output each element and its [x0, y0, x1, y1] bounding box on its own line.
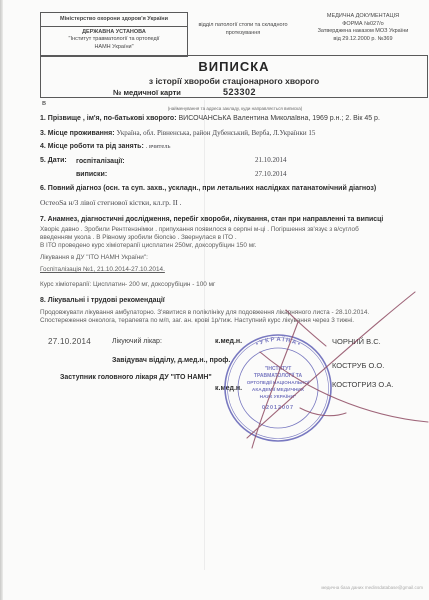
discharge-label: виписки: [76, 171, 107, 178]
title-box: ВИПИСКА з історії хвороби стаціонарного … [40, 55, 428, 98]
admission-label: госпіталізації: [76, 158, 125, 165]
institution-line3: НАМН України" [41, 44, 187, 52]
footer-note: медична база даних medinsdatabase@gmail.… [321, 585, 423, 590]
document-title: ВИПИСКА [41, 56, 427, 74]
doc-form-line1: МЕДИЧНА ДОКУМЕНТАЦІЯ [299, 13, 427, 21]
department-line1: відділ патології стопи та складного [190, 22, 296, 30]
doc-form-block: МЕДИЧНА ДОКУМЕНТАЦІЯ ФОРМА №027/о Затвер… [299, 13, 427, 43]
work-value: . вчитель [146, 143, 171, 150]
anamnesis-line1: Хворіє давно . Зробили Рентгензнімки . п… [40, 226, 359, 233]
field-patient-name: 1. Прізвище , ім'я, по-батькові хворого:… [40, 115, 380, 122]
diagnosis-label: 6. Повний діагноз (осн. та суп. захв., у… [40, 185, 376, 192]
addressee-prefix: в [42, 98, 46, 107]
admission-date: 21.10.2014 [255, 156, 287, 164]
signature-stroke [252, 322, 298, 448]
anamnesis-label: 7. Анамнез, діагностичні дослідження, пе… [40, 216, 383, 223]
card-number-label: № медичної карти [113, 88, 181, 97]
diagnosis-value: ОстеоSа н/3 лівої стегнової кістки, кл.г… [40, 198, 182, 207]
card-number-value: 523302 [223, 87, 256, 97]
discharge-date: 27.10.2014 [255, 170, 287, 178]
anamnesis-line2: введенням укола . В Рівному зробили біоп… [40, 234, 237, 241]
department-block: відділ патології стопи та складного прот… [190, 22, 296, 37]
doc-form-line4: від 29.12.2000 р. №369 [299, 36, 427, 44]
patient-name-value: ВИСОЧАНСЬКА Валентина Миколаївна, 1969 р… [179, 115, 380, 122]
institution-line2: "Інститут травматології та ортопедії [41, 36, 187, 44]
signature-stroke [260, 352, 428, 422]
doc-form-line2: ФОРМА №027/о [299, 21, 427, 29]
document-subtitle: з історії хвороби стаціонарного хворого [41, 74, 427, 86]
header-institution-box: Міністерство охорони здоров'я України ДЕ… [40, 12, 188, 57]
field-residence: 3. Місце проживання: Україна, обл. Рівне… [40, 129, 315, 137]
signature-strokes [0, 270, 429, 480]
work-label: 4. Місце роботи та рід занять: [40, 143, 144, 150]
signature-stroke [286, 310, 326, 346]
signature-stroke [300, 408, 346, 416]
institution-line1: ДЕРЖАВНА УСТАНОВА [41, 27, 187, 37]
ministry-line: Міністерство охорони здоров'я України [41, 13, 187, 27]
doc-form-line3: Затверджена наказом МОЗ України [299, 28, 427, 36]
department-line2: протезування [190, 30, 296, 38]
scanned-medical-extract-page: Міністерство охорони здоров'я України ДЕ… [0, 0, 429, 600]
residence-label: 3. Місце проживання: [40, 130, 115, 137]
field-work: 4. Місце роботи та рід занять: . вчитель [40, 143, 171, 150]
addressee-caption: (найменування та адреса закладу, куди на… [120, 106, 350, 111]
anamnesis-line3: В ІТО проведено курс хіміотерапії циспла… [40, 242, 256, 249]
patient-name-label: 1. Прізвище , ім'я, по-батькові хворого: [40, 115, 177, 122]
treatment-line: Лікування в ДУ "ІТО НАМН України": [40, 254, 148, 261]
residence-value: Україна, обл. Рівненська, район Дубенськ… [116, 129, 315, 137]
dates-label: 5. Дати: [40, 157, 67, 164]
